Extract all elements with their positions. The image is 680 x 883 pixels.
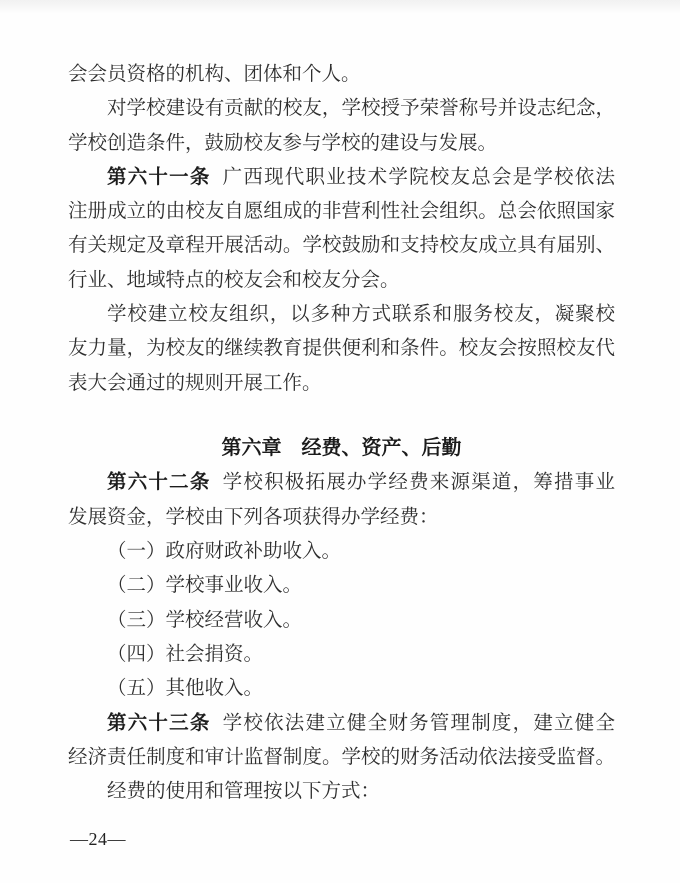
text-line: 行业、地域特点的校友会和校友分会。 <box>68 264 615 298</box>
text-line: （三）学校经营收入。 <box>68 604 615 638</box>
text-line: 经济责任制度和审计监督制度。学校的财务活动依法接受监督。 <box>68 741 615 775</box>
text-line: （二）学校事业收入。 <box>68 569 615 603</box>
article-text: 学校依法建立健全财务管理制度，建立健全 <box>223 713 615 734</box>
document-body: 会会员资格的机构、团体和个人。对学校建设有贡献的校友，学校授予荣誉称号并设志纪念… <box>68 58 615 809</box>
text-line: 有关规定及章程开展活动。学校鼓励和支持校友成立具有届别、 <box>68 229 615 263</box>
article-number: 第六十三条 <box>107 713 211 734</box>
text-line: 学校创造条件，鼓励校友参与学校的建设与发展。 <box>68 127 615 161</box>
text-line: 注册成立的由校友自愿组成的非营利性社会组织。总会依照国家 <box>68 195 615 229</box>
text-line: 对学校建设有贡献的校友，学校授予荣誉称号并设志纪念， <box>68 92 615 126</box>
text-line: （四）社会捐资。 <box>68 638 615 672</box>
text-line: （一）政府财政补助收入。 <box>68 535 615 569</box>
article-line: 第六十三条学校依法建立健全财务管理制度，建立健全 <box>68 707 615 741</box>
article-text: 学校积极拓展办学经费来源渠道，筹措事业 <box>223 472 615 493</box>
text-line: 会会员资格的机构、团体和个人。 <box>68 58 615 92</box>
document-page: 会会员资格的机构、团体和个人。对学校建设有贡献的校友，学校授予荣誉称号并设志纪念… <box>0 0 680 883</box>
article-line: 第六十一条广西现代职业技术学院校友总会是学校依法 <box>68 161 615 195</box>
text-line: 表大会通过的规则开展工作。 <box>68 367 615 401</box>
article-number: 第六十一条 <box>107 167 211 188</box>
chapter-heading: 第六章 经费、资产、后勤 <box>68 430 615 466</box>
text-line: 学校建立校友组织，以多种方式联系和服务校友，凝聚校 <box>68 298 615 332</box>
article-text: 广西现代职业技术学院校友总会是学校依法 <box>223 167 615 188</box>
text-line: 发展资金，学校由下列各项获得办学经费： <box>68 501 615 535</box>
text-line: （五）其他收入。 <box>68 672 615 706</box>
article-number: 第六十二条 <box>107 472 211 493</box>
blank-line <box>68 401 615 431</box>
text-line: 友力量，为校友的继续教育提供便利和条件。校友会按照校友代 <box>68 332 615 366</box>
page-number: —24— <box>70 829 126 850</box>
article-line: 第六十二条学校积极拓展办学经费来源渠道，筹措事业 <box>68 466 615 500</box>
text-line: 经费的使用和管理按以下方式： <box>68 775 615 809</box>
